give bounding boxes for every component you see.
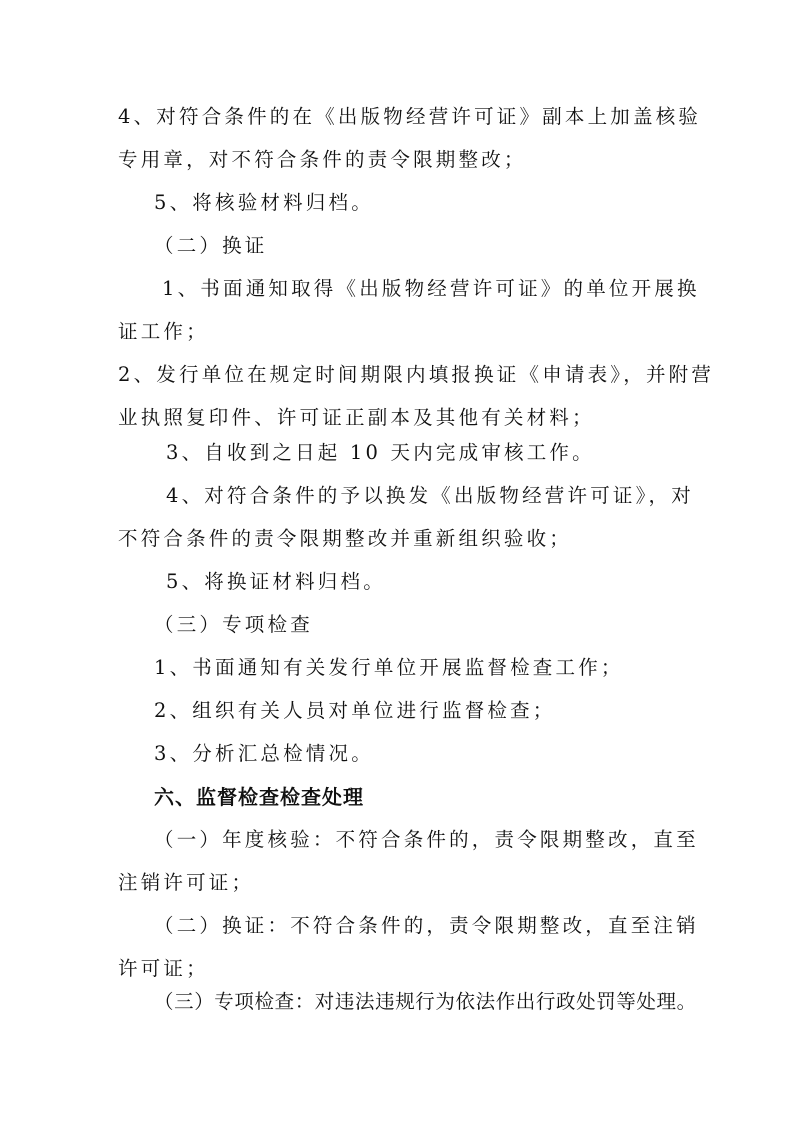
section-heading: 六、监督检查检查处理 [154, 785, 364, 809]
text-line: 2、发行单位在规定时间期限内填报换证《申请表》，并附营 [118, 363, 714, 387]
text-line: 4、对符合条件的予以换发《出版物经营许可证》，对 [166, 484, 694, 508]
text-line: 2、组织有关人员对单位进行监督检查； [154, 699, 556, 723]
text-line: （二）换证：不符合条件的，责令限期整改，直至注销 [154, 914, 699, 938]
text-line: 3、自收到之日起 10 天内完成审核工作。 [166, 441, 595, 465]
text-line: 1、书面通知取得《出版物经营许可证》的单位开展换 [162, 277, 700, 301]
text-line: 5、将核验材料归档。 [154, 191, 374, 215]
text-line: 许可证； [118, 957, 209, 981]
text-line: 3、分析汇总检情况。 [154, 742, 374, 766]
text-line: 不符合条件的责令限期整改并重新组织验收； [118, 527, 572, 551]
text-line: 证工作； [118, 320, 209, 344]
text-line: 注销许可证； [118, 871, 254, 895]
text-line: （一）年度核验：不符合条件的，责令限期整改，直至 [154, 828, 699, 852]
text-line: 5、将换证材料归档。 [166, 570, 386, 594]
text-line: （三）专项检查 [154, 613, 313, 637]
text-line: 专用章，对不符合条件的责令限期整改； [118, 148, 527, 172]
text-line: 4、对符合条件的在《出版物经营许可证》副本上加盖核验 [118, 105, 701, 129]
text-line: 业执照复印件、许可证正副本及其他有关材料； [118, 406, 595, 430]
text-line: 1、书面通知有关发行单位开展监督检查工作； [154, 656, 624, 680]
text-line: （二）换证 [154, 234, 268, 258]
text-line: （三）专项检查：对违法违规行为依法作出行政处罚等处理。 [154, 990, 697, 1014]
